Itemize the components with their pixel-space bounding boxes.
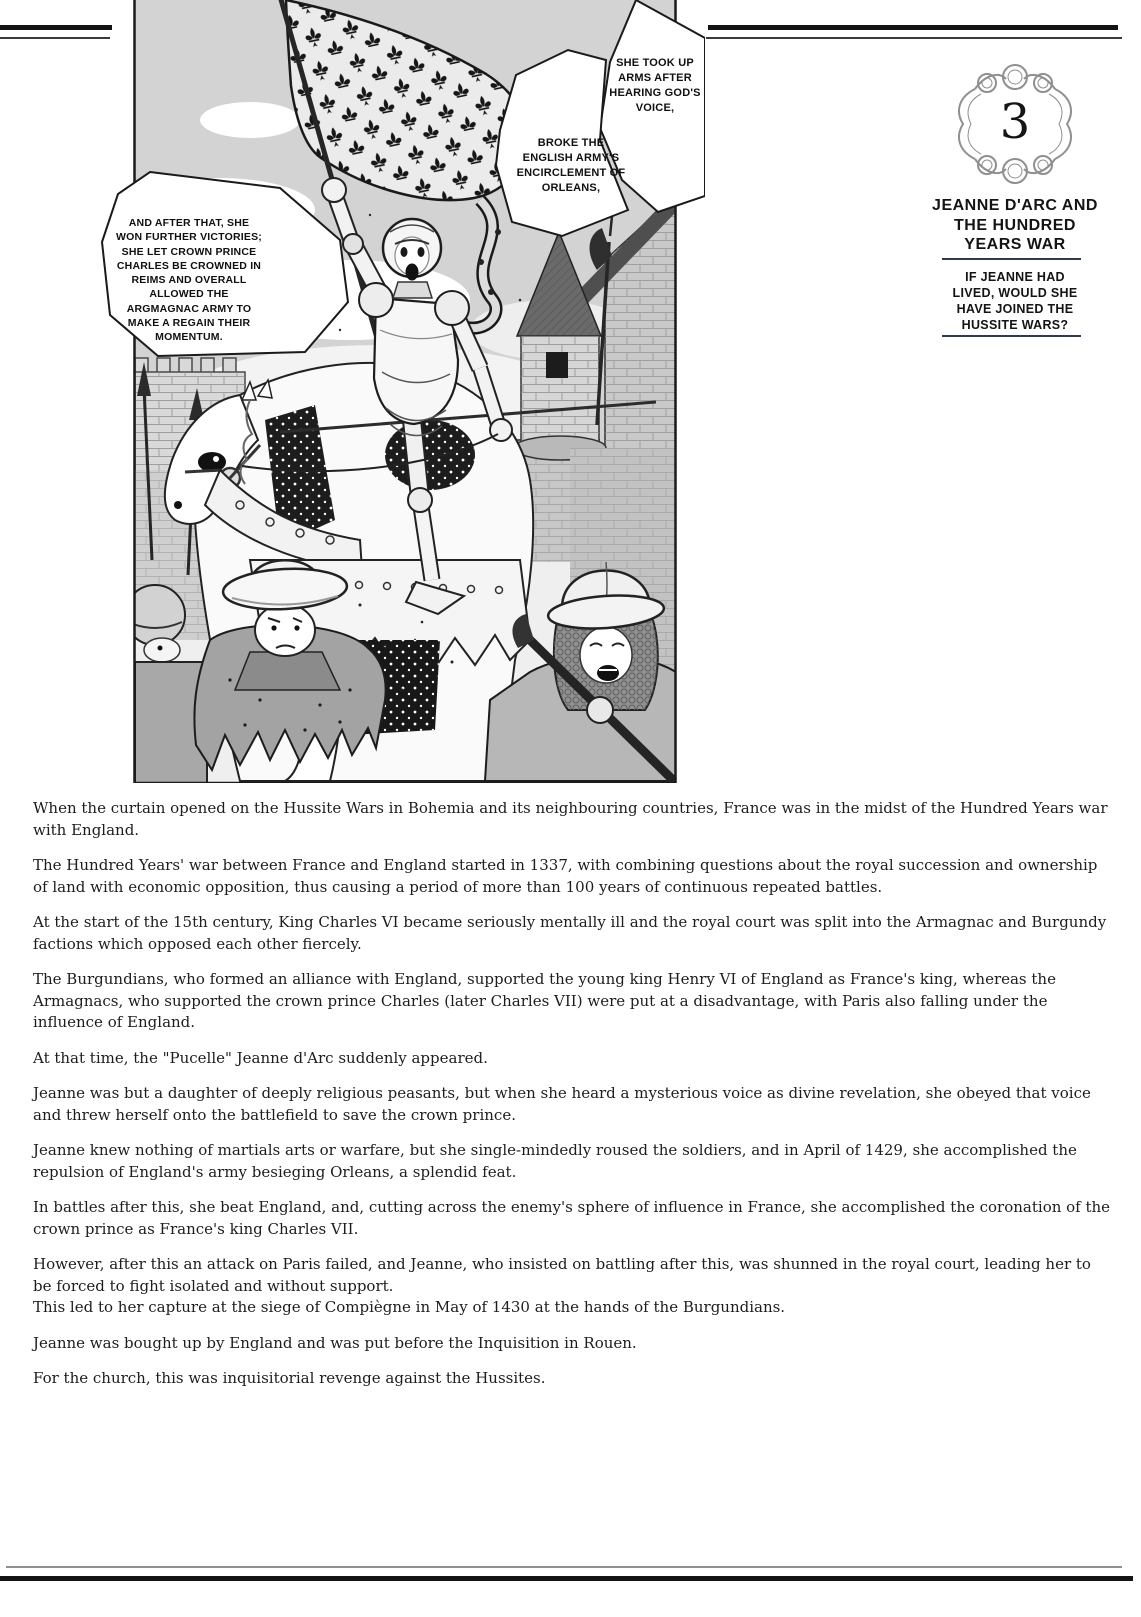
paragraph: However, after this an attack on Paris f… [33,1254,1113,1319]
manga-panel-illustration [100,0,705,783]
chapter-subtitle: IF JEANNE HAD LIVED, WOULD SHE HAVE JOIN… [900,269,1130,333]
paragraph: At that time, the "Pucelle" Jeanne d'Arc… [33,1048,1113,1070]
chapter-title: JEANNE D'ARC AND THE HUNDRED YEARS WAR [880,196,1141,255]
face [255,604,315,656]
paragraph: In battles after this, she beat England,… [33,1197,1113,1240]
bottom-rule-thin [6,1566,1122,1568]
top-rule-right-thin [706,37,1122,39]
paragraph: The Hundred Years' war between France an… [33,855,1113,898]
chapter-rule-bottom [942,335,1081,337]
manga-page: SHE TOOK UP ARMS AFTER HEARING GOD'S VOI… [0,0,1141,1617]
article-body: When the curtain opened on the Hussite W… [33,798,1113,1404]
top-rule-left-thin [0,37,110,39]
paragraph: The Burgundians, who formed an alliance … [33,969,1113,1034]
top-rule-right-thick [708,25,1118,30]
speech-text-right-top: SHE TOOK UP ARMS AFTER HEARING GOD'S VOI… [585,56,725,116]
paragraph: For the church, this was inquisitorial r… [33,1368,1113,1390]
top-rule-left-thick [0,25,112,30]
shouting-mouth [406,264,419,281]
paragraph: Jeanne knew nothing of martials arts or … [33,1140,1113,1183]
pauldron-right [435,291,469,325]
paragraph: Jeanne was but a daughter of deeply reli… [33,1083,1113,1126]
speech-text-right-mid: BROKE THE ENGLISH ARMY'S ENCIRCLEMENT OF… [501,136,641,196]
gauntlet [587,697,613,723]
paragraph: Jeanne was bought up by England and was … [33,1333,1113,1355]
paragraph: When the curtain opened on the Hussite W… [33,798,1113,841]
chapter-rule-top [942,258,1081,260]
open-mouth [597,665,619,681]
gauntlet-left [322,178,346,202]
gauntlet-right [490,419,512,441]
bottom-rule-thick [0,1576,1133,1581]
chapter-number: 3 [941,99,1089,145]
speech-text-left: AND AFTER THAT, SHE WON FURTHER VICTORIE… [99,216,279,345]
paragraph: At the start of the 15th century, King C… [33,912,1113,955]
pauldron-left [359,283,393,317]
